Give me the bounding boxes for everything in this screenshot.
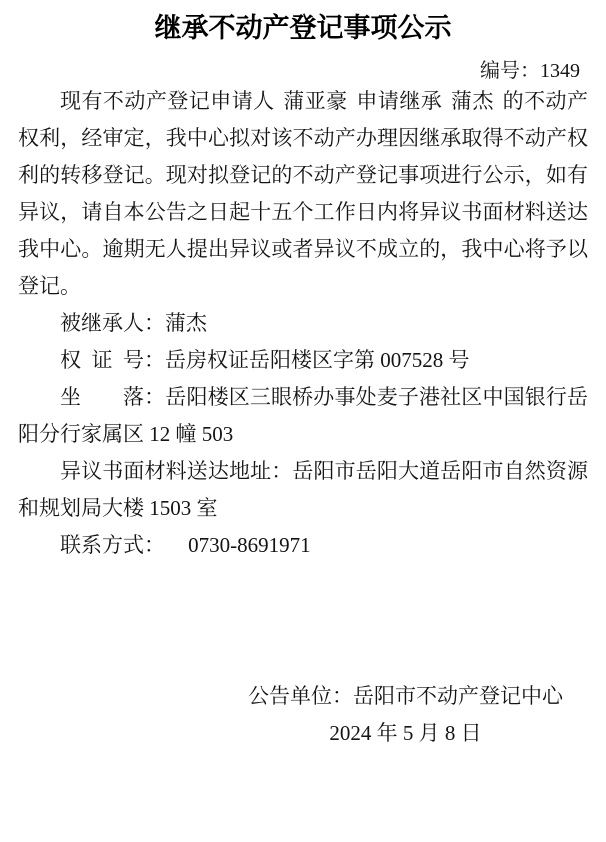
field-label-certificate-number: 权证号: [60, 342, 144, 379]
contact-label: 联系方式: [60, 533, 144, 557]
date-line: 2024 年 5 月 8 日: [248, 715, 563, 752]
doc-number: 编号：1349: [0, 60, 606, 83]
field-row-decedent: 被继承人：蒲杰: [18, 305, 588, 342]
field-colon: ：: [144, 348, 165, 372]
field-colon: ：: [271, 459, 292, 483]
contact-row: 联系方式：0730-8691971: [18, 527, 588, 564]
delivery-address-label: 异议书面材料送达地址: [60, 459, 271, 483]
issuer-label: 公告单位：: [248, 684, 353, 708]
field-label-decedent: 被继承人: [60, 305, 144, 342]
notice-page: 继承不动产登记事项公示 编号：1349 现有不动产登记申请人 蒲亚豪 申请继承 …: [0, 0, 606, 842]
field-value-certificate-number: 岳房权证岳阳楼区字第 007528 号: [165, 348, 470, 372]
issuer-name: 岳阳市不动产登记中心: [353, 684, 563, 708]
page-title: 继承不动产登记事项公示: [0, 0, 606, 44]
field-value-decedent: 蒲杰: [165, 311, 207, 335]
footer-block: 公告单位：岳阳市不动产登记中心 2024 年 5 月 8 日: [248, 678, 563, 752]
delivery-address-paragraph: 异议书面材料送达地址：岳阳市岳阳大道岳阳市自然资源和规划局大楼 1503 室: [18, 453, 588, 527]
field-colon: ：: [144, 311, 165, 335]
doc-number-value: 1349: [540, 60, 580, 82]
field-row-location: 坐落：岳阳楼区三眼桥办事处麦子港社区中国银行岳阳分行家属区 12 幢 503: [18, 379, 588, 453]
notice-paragraph: 现有不动产登记申请人 蒲亚豪 申请继承 蒲杰 的不动产权利，经审定，我中心拟对该…: [18, 83, 588, 305]
contact-phone: 0730-8691971: [188, 533, 311, 557]
field-colon: ：: [144, 385, 165, 409]
field-label-location: 坐落: [60, 379, 144, 416]
field-row-certificate-number: 权证号：岳房权证岳阳楼区字第 007528 号: [18, 342, 588, 379]
notice-content: 现有不动产登记申请人 蒲亚豪 申请继承 蒲杰 的不动产权利，经审定，我中心拟对该…: [18, 83, 588, 564]
footer: 公告单位：岳阳市不动产登记中心 2024 年 5 月 8 日: [0, 678, 606, 752]
issuer-line: 公告单位：岳阳市不动产登记中心: [248, 678, 563, 715]
doc-number-label: 编号：: [480, 60, 540, 82]
field-colon: ：: [144, 533, 165, 557]
